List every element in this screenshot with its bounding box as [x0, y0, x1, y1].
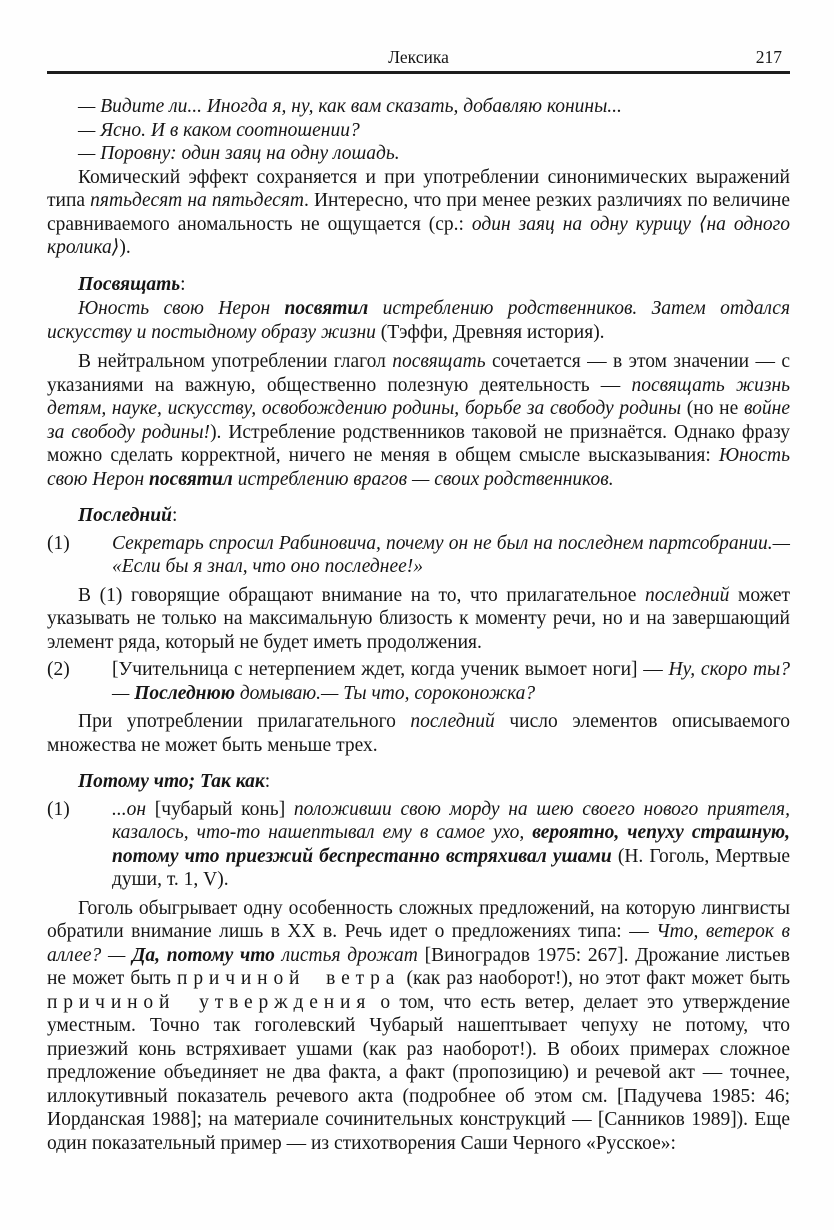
paragraph: Гоголь обыгрывает одну особенность сложн…: [47, 897, 790, 1156]
text-run: — Поровну: один заяц на одну лошадь.: [78, 143, 400, 164]
text-run: В (1) говорящие обращают внимание на то,…: [78, 585, 645, 606]
text-run: (как раз наоборот!), но этот факт может …: [400, 968, 790, 989]
paragraph: При употреблении прилагательного последн…: [47, 710, 790, 757]
book-page: Лексика 217 — Видите ли... Иногда я, ну,…: [0, 0, 834, 1230]
text-run: — Видите ли... Иногда я, ну, как вам ска…: [78, 96, 622, 117]
text-run: о том, что есть ветер, делает это утверж…: [47, 992, 790, 1154]
text-run: (Тэффи, Древняя история).: [381, 322, 605, 343]
dialogue-line: — Поровну: один заяц на одну лошадь.: [78, 142, 790, 166]
text-run: — Ясно. И в каком соотношении?: [78, 120, 360, 141]
entry-heading: Посвящать:: [47, 273, 790, 297]
dialogue-line: — Видите ли... Иногда я, ну, как вам ска…: [78, 95, 790, 119]
text-run: При употреблении прилагательного: [78, 711, 410, 732]
text-run: Да, потому что: [132, 945, 275, 966]
page-body: — Видите ли... Иногда я, ну, как вам ска…: [47, 95, 790, 1155]
text-run: последний: [645, 585, 729, 606]
header-rule-divider: [47, 71, 790, 74]
text-run: Секретарь спросил Рабиновича, почему он …: [112, 533, 790, 578]
text-run: посвятил: [149, 469, 233, 490]
text-run: В нейтральном употреблении глагол: [78, 351, 392, 372]
entry-heading: Последний:: [47, 504, 790, 528]
text-run: последний: [410, 711, 494, 732]
text-run: :: [265, 771, 270, 792]
running-head: Лексика: [47, 46, 790, 68]
numbered-example: (1)...он [чубарый конь] положивши свою м…: [47, 798, 790, 892]
text-run: ).: [119, 237, 130, 258]
text-run: [Учительница с нетерпением ждет, когда у…: [112, 659, 669, 680]
paragraph: Комический эффект сохраняется и при упот…: [47, 166, 790, 260]
numbered-example: (1)Секретарь спросил Рабиновича, почему …: [47, 532, 790, 579]
text-run: :: [172, 505, 177, 526]
page-number: 217: [756, 46, 782, 68]
text-run: Потому что; Так как: [78, 771, 265, 792]
example-paragraph: Юность свою Нерон посвятил истреблению р…: [47, 297, 790, 344]
example-number: (1): [47, 798, 70, 822]
paragraph: В (1) говорящие обращают внимание на то,…: [47, 584, 790, 655]
text-run: Последний: [78, 505, 172, 526]
text-run: :: [180, 274, 185, 295]
page-header: Лексика 217: [47, 46, 790, 68]
paragraph: В нейтральном употреблении глагол посвящ…: [47, 350, 790, 491]
text-run: Юность свою Нерон: [78, 298, 285, 319]
text-run: причиной ветра: [177, 968, 400, 989]
text-run: листья дрожат: [275, 945, 418, 966]
text-run: истреблению врагов — своих родственников…: [233, 469, 614, 490]
text-run: Посвящать: [78, 274, 180, 295]
text-run: [чубарый конь]: [155, 799, 294, 820]
text-run: посвятил: [285, 298, 369, 319]
text-run: (но не: [681, 398, 744, 419]
dialogue-line: — Ясно. И в каком соотношении?: [78, 119, 790, 143]
text-run: причиной утверждения: [47, 992, 371, 1013]
example-number: (2): [47, 658, 70, 682]
text-run: ...он: [112, 799, 155, 820]
text-run: посвящать: [392, 351, 485, 372]
text-run: пятьдесят на пятьдесят: [90, 190, 304, 211]
entry-heading: Потому что; Так как:: [47, 770, 790, 794]
numbered-example: (2)[Учительница с нетерпением ждет, когд…: [47, 658, 790, 705]
example-number: (1): [47, 532, 70, 556]
text-run: домываю.— Ты что, сороконожка?: [235, 683, 535, 704]
text-run: Последнюю: [134, 683, 235, 704]
